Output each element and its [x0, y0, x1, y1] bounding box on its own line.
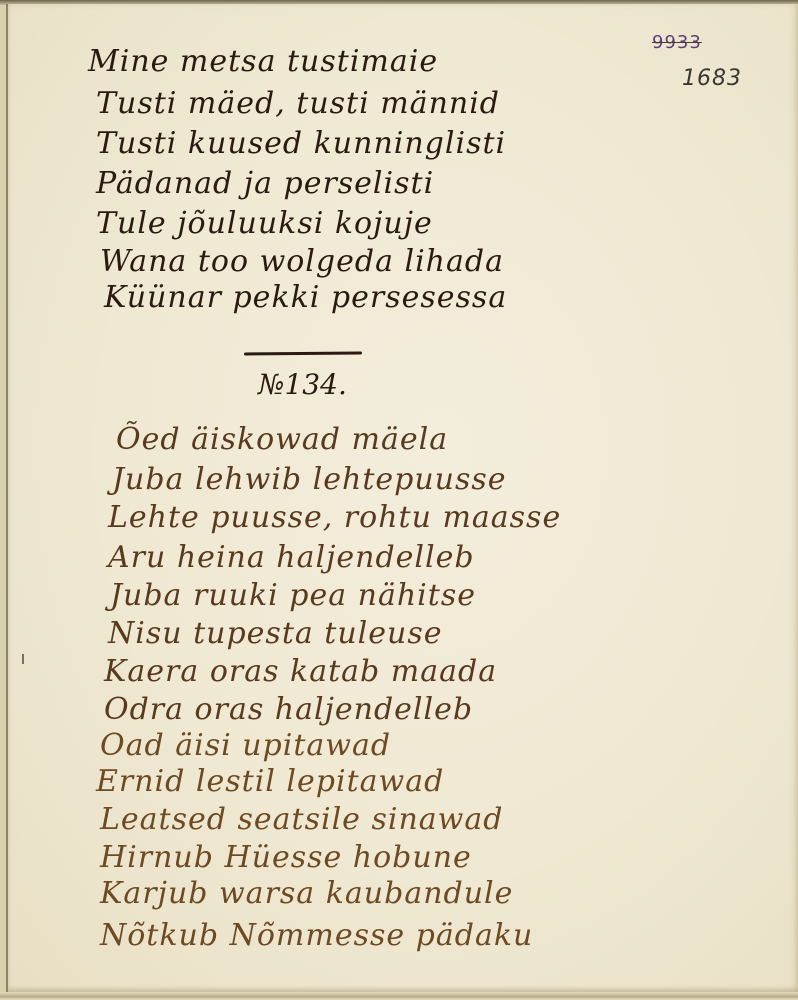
poem-line: Aru heina haljendelleb: [108, 540, 475, 575]
poem-line: Juba ruuki pea nähitse: [110, 578, 476, 613]
poem-line: Oad äisi upitawad: [100, 728, 391, 763]
archive-number-crossed: 9933: [652, 32, 702, 53]
poem-line: Odra oras haljendelleb: [104, 692, 473, 727]
poem-line: Karjub warsa kaubandule: [100, 876, 513, 911]
poem-line: Lehte puusse, rohtu maasse: [108, 500, 561, 535]
poem-line: Pädanad ja perselisti: [96, 166, 434, 201]
poem-line: Leatsed seatsile sinawad: [100, 802, 503, 837]
poem-line: Hirnub Hüesse hobune: [100, 840, 472, 875]
poem-line: Tusti kuused kunninglisti: [96, 126, 506, 161]
page-mark: [22, 654, 24, 664]
poem-line: Tule jõuluuksi kojuje: [96, 206, 433, 241]
poem-line: Õed äiskowad mäela: [116, 422, 448, 457]
poem-number: №134.: [258, 368, 347, 401]
poem-line: Tusti mäed, tusti männid: [96, 86, 500, 121]
poem-line: Nisu tupesta tuleuse: [108, 616, 443, 651]
poem-line: Küünar pekki persesessa: [104, 280, 507, 315]
poem-line: Mine metsa tustimaie: [88, 44, 438, 79]
poem-line: Wana too wolgeda lihada: [100, 244, 504, 279]
archive-number: 1683: [682, 66, 742, 91]
poem-line: Ernid lestil lepitawad: [96, 764, 444, 799]
page-bottom-edge: [0, 992, 798, 1000]
poem-line: Kaera oras katab maada: [104, 654, 497, 689]
poem-line: Nõtkub Nõmmesse pädaku: [100, 918, 533, 953]
manuscript-scan: 9933 1683 Mine metsa tustimaie Tusti mäe…: [0, 0, 798, 1000]
poem-line: Juba lehwib lehtepuusse: [112, 462, 507, 497]
